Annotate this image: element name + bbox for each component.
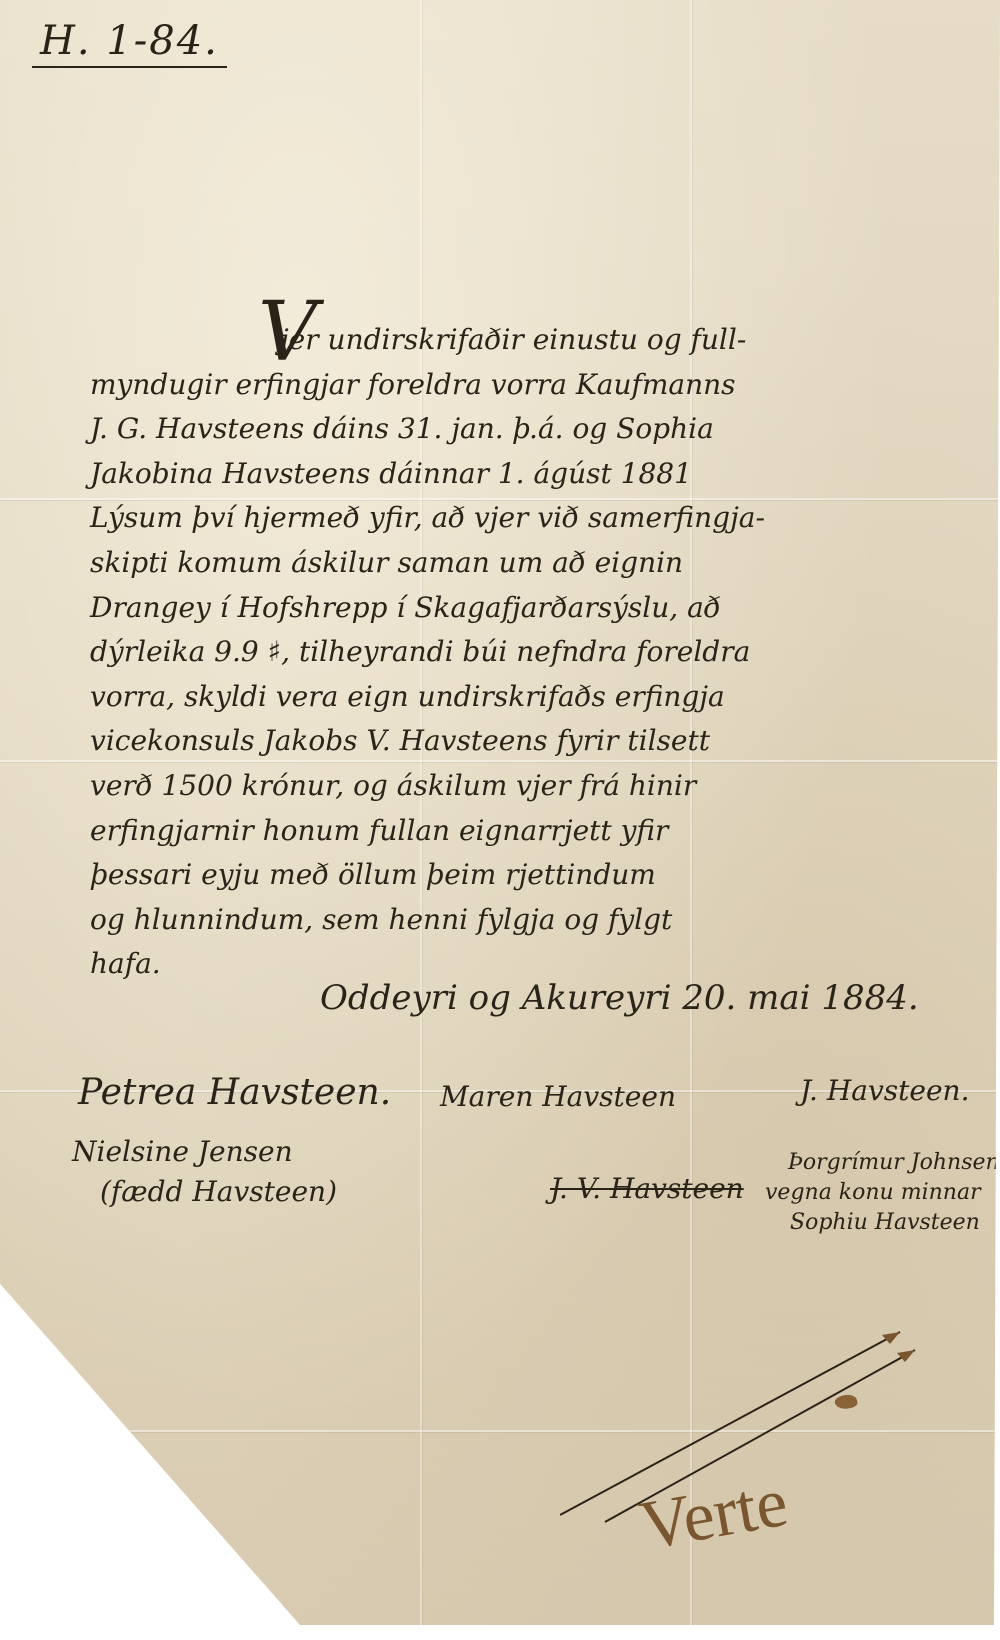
double-arrow-up-right-icon — [560, 1260, 960, 1640]
body-line: myndugir erfingjar foreldra vorra Kaufma… — [90, 363, 960, 408]
proxy-signature-line: vegna konu minnar — [765, 1180, 981, 1205]
signature-note-born-havsteen: (fædd Havsteen) — [100, 1175, 337, 1208]
body-line: skipti komum áskilur saman um að eignin — [90, 541, 960, 586]
body-line: dýrleika 9.9 ♯, tilheyrandi búi nefndra … — [90, 630, 960, 675]
body-line: Drangey í Hofshrepp í Skagafjarðarsýslu,… — [90, 586, 960, 631]
signature-nielsine-jensen: Nielsine Jensen — [72, 1135, 293, 1168]
body-line: erfingjarnir honum fullan eignarrjett yf… — [90, 809, 960, 854]
body-line: þessari eyju með öllum þeim rjettindum — [90, 853, 960, 898]
signature-maren-havsteen: Maren Havsteen — [440, 1080, 676, 1113]
document-page: H. 1-84. V jer undirskrifaðir einustu og… — [0, 0, 1000, 1625]
body-line: vorra, skyldi vera eign undirskrifaðs er… — [90, 675, 960, 720]
signature-jv-havsteen-struck: J. V. Havsteen — [550, 1172, 744, 1205]
body-line: jer undirskrifaðir einustu og full- — [90, 318, 960, 363]
reference-number: H. 1-84. — [32, 18, 227, 68]
body-line: og hlunnindum, sem henni fylgja og fylgt — [90, 898, 960, 943]
body-line: J. G. Havsteens dáins 31. jan. þ.á. og S… — [90, 407, 960, 452]
body-line: Jakobina Havsteens dáinnar 1. ágúst 1881 — [90, 452, 960, 497]
proxy-signature-line: Sophiu Havsteen — [790, 1210, 980, 1235]
proxy-signature-line: Þorgrímur Johnsen — [788, 1150, 1000, 1175]
body-line: verð 1500 krónur, og áskilum vjer frá hi… — [90, 764, 960, 809]
signature-petrea-havsteen: Petrea Havsteen. — [78, 1072, 391, 1113]
body-line: Lýsum því hjermeð yfir, að vjer við same… — [90, 496, 960, 541]
signature-j-havsteen: J. Havsteen. — [800, 1074, 969, 1107]
deed-body: jer undirskrifaðir einustu og full- mynd… — [90, 318, 960, 987]
body-line: vicekonsuls Jakobs V. Havsteens fyrir ti… — [90, 719, 960, 764]
place-date-line: Oddeyri og Akureyri 20. mai 1884. — [320, 978, 919, 1018]
